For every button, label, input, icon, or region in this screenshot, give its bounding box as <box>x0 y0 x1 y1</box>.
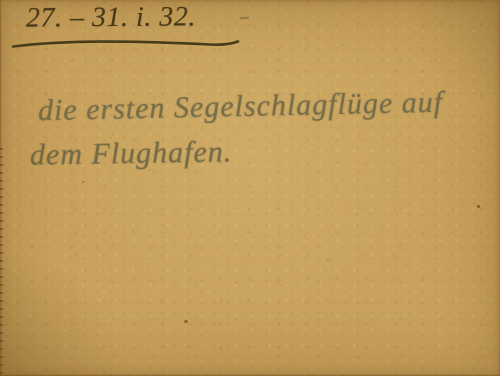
scanned-note-photo: 27. – 31. i. 32. die ersten Segelschlagf… <box>0 0 500 376</box>
left-edge-shadow <box>0 0 1 376</box>
paper-card <box>0 0 500 376</box>
